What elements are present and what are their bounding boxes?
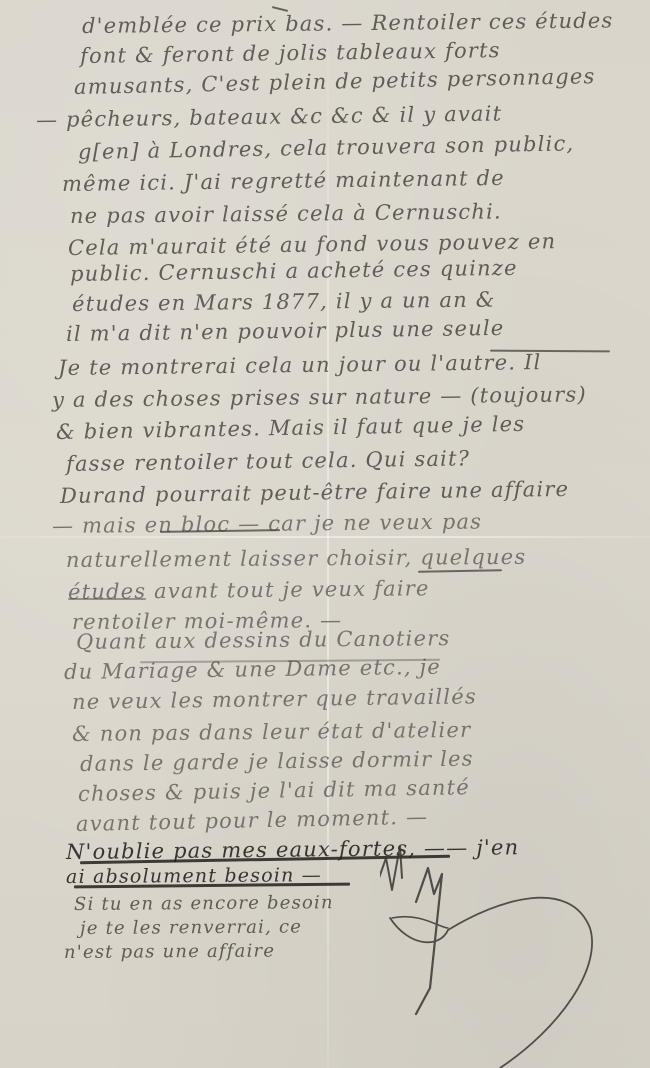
letter-line: je te les renverrai, ce xyxy=(80,916,302,939)
letter-line: n'est pas une affaire xyxy=(64,941,275,963)
letter-line: Durand pourrait peut-être faire une affa… xyxy=(60,477,570,508)
letter-line: y a des choses prises sur nature — (touj… xyxy=(52,382,587,412)
underline-rentoiler xyxy=(68,598,146,600)
letter-line: amusants, C'est plein de petits personna… xyxy=(74,64,596,99)
letter-line: choses & puis je l'ai dit ma santé xyxy=(78,775,470,806)
letter-line: & bien vibrantes. Mais il faut que je le… xyxy=(56,412,526,444)
letter-line: il m'a dit n'en pouvoir plus une seule xyxy=(66,316,505,346)
letter-line: d'emblée ce prix bas. — Rentoiler ces ét… xyxy=(82,8,614,38)
letter-line: études en Mars 1877, il y a un an & xyxy=(72,288,496,316)
letter-line: font & feront de jolis tableaux forts xyxy=(80,38,501,68)
letter-line: fasse rentoiler tout cela. Qui sait? xyxy=(66,446,470,476)
underline-choisir xyxy=(418,569,502,572)
letter-line: Quant aux dessins du Canotiers xyxy=(76,626,451,654)
letter-line: — mais en bloc — car je ne veux pas xyxy=(52,509,482,538)
letter-line: — pêcheurs, bateaux &c &c & il y avait xyxy=(36,101,503,132)
letter-line: même ici. J'ai regretté maintenant de xyxy=(62,166,505,196)
letter-line: g[en] à Londres, cela trouvera son publi… xyxy=(78,131,575,164)
letter-line: ne veux les montrer que travaillés xyxy=(72,684,477,714)
letter-page: d'emblée ce prix bas. — Rentoiler ces ét… xyxy=(0,0,650,1068)
letter-line: ne pas avoir laissé cela à Cernuschi. xyxy=(70,199,502,228)
signature-monogram-icon xyxy=(380,838,610,1068)
letter-line: & non pas dans leur état d'atelier xyxy=(72,718,472,746)
letter-line: Je te montrerai cela un jour ou l'autre.… xyxy=(58,350,542,380)
letter-line: avant tout pour le moment. — xyxy=(76,805,429,836)
letter-line: dans le garde je laisse dormir les xyxy=(80,747,474,776)
letter-line: Si tu en as encore besoin xyxy=(74,892,334,915)
letter-line: naturellement laisser choisir, quelques xyxy=(66,545,526,572)
letter-line: public. Cernuschi a acheté ces quinze xyxy=(70,256,518,286)
